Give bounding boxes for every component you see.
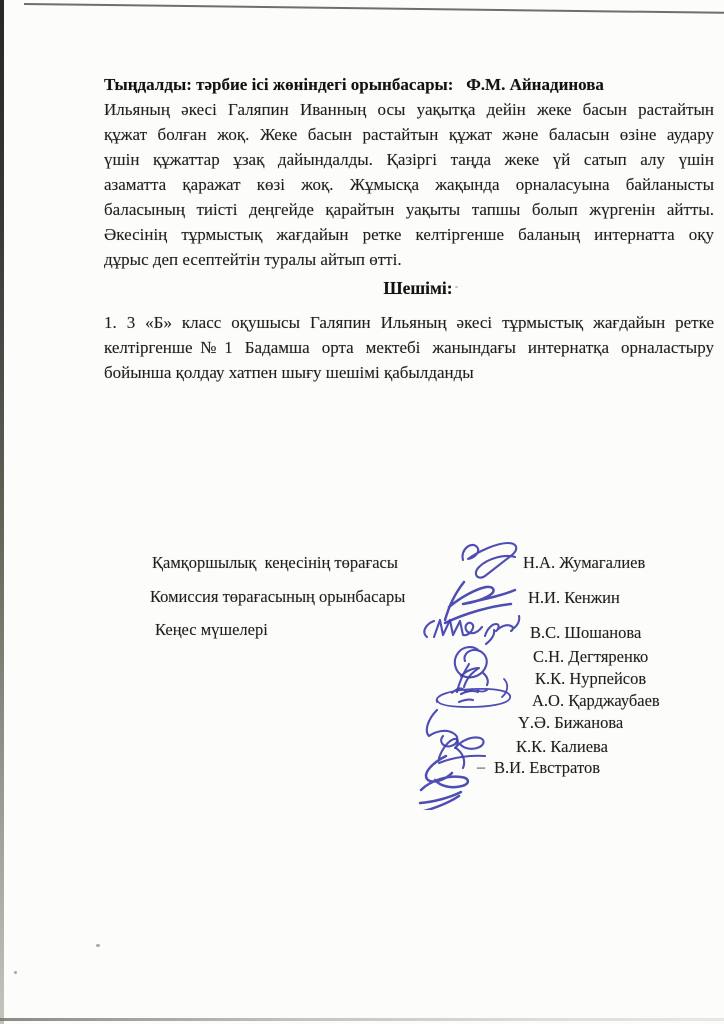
heard-title-line: Тыңдалды: тәрбие ісі жөніндегі орынбасар… — [104, 72, 714, 97]
paragraph-line: құжат болған жоқ. Жеке басын растайтын қ… — [104, 122, 714, 147]
signatures-overlay — [400, 530, 540, 810]
signature-evstratov — [416, 756, 468, 810]
scan-edge-left-strip — [0, 0, 4, 1024]
signature-kenzhin — [445, 582, 515, 623]
scan-edge-bottom-line — [0, 1018, 724, 1021]
decision-line: келтіргенше№1 Бадамша орта мектебі жанын… — [104, 335, 714, 360]
signature-nurpeisov — [457, 664, 479, 702]
decision-line: бойынша қолдау хатпен шығу шешімі қабылд… — [104, 360, 714, 385]
scan-speck — [14, 971, 17, 974]
signature-zhumagaliev — [463, 543, 517, 578]
heard-paragraph: Ильяның әкесі Галяпин Иванның осы уақытқ… — [104, 97, 714, 272]
signature-shoshanova — [424, 616, 519, 637]
paragraph-line: азаматта қаражат көзі жоқ. Жұмысқа жақын… — [104, 172, 714, 197]
scanned-document-page: Тыңдалды: тәрбие ісі жөніндегі орынбасар… — [0, 0, 724, 1024]
signer-name: В.С. Шошанова — [530, 622, 641, 644]
decision-line: 1. 3 «Б» класс оқушысы Галяпин Ильяның ә… — [104, 310, 714, 335]
signature-kalieva — [439, 737, 485, 763]
scan-edge-top-line — [24, 3, 724, 14]
role-label: Кеңес мүшелері — [155, 618, 268, 642]
paragraph-line: дұрыс деп есептейтін туралы айтып өтті. — [104, 247, 714, 272]
signature-bizhanova — [427, 710, 464, 768]
decision-paragraph: 1. 3 «Б» класс оқушысы Галяпин Ильяның ә… — [104, 310, 714, 385]
role-label: Қамқоршылық кеңесінің төрағасы — [152, 551, 398, 575]
heard-section: Тыңдалды: тәрбие ісі жөніндегі орынбасар… — [104, 72, 714, 272]
signer-name: Н.А. Жумагалиев — [523, 552, 645, 574]
scan-speck — [96, 944, 100, 947]
paragraph-line: үшін құжаттар ұзақ дайындалды. Қазіргі т… — [104, 147, 714, 172]
signer-name: Н.И. Кенжин — [528, 587, 620, 609]
paragraph-line: баласының тиісті деңгейде қарайтын уақыт… — [104, 197, 714, 222]
signer-name: С.Н. Дегтяренко — [533, 646, 648, 668]
signature-qardzhaubaev — [437, 679, 511, 707]
signer-name: К.К. Нурпейсов — [535, 668, 646, 690]
role-label: Комиссия төрағасының орынбасары — [150, 585, 405, 609]
signer-name: А.О. Қарджаубаев — [532, 690, 660, 712]
decision-heading: Шешімі: — [104, 276, 714, 301]
paragraph-line: Ильяның әкесі Галяпин Иванның осы уақытқ… — [104, 97, 714, 122]
paragraph-line: Әкесінің тұрмыстық жағдайын ретке келтір… — [104, 222, 714, 247]
